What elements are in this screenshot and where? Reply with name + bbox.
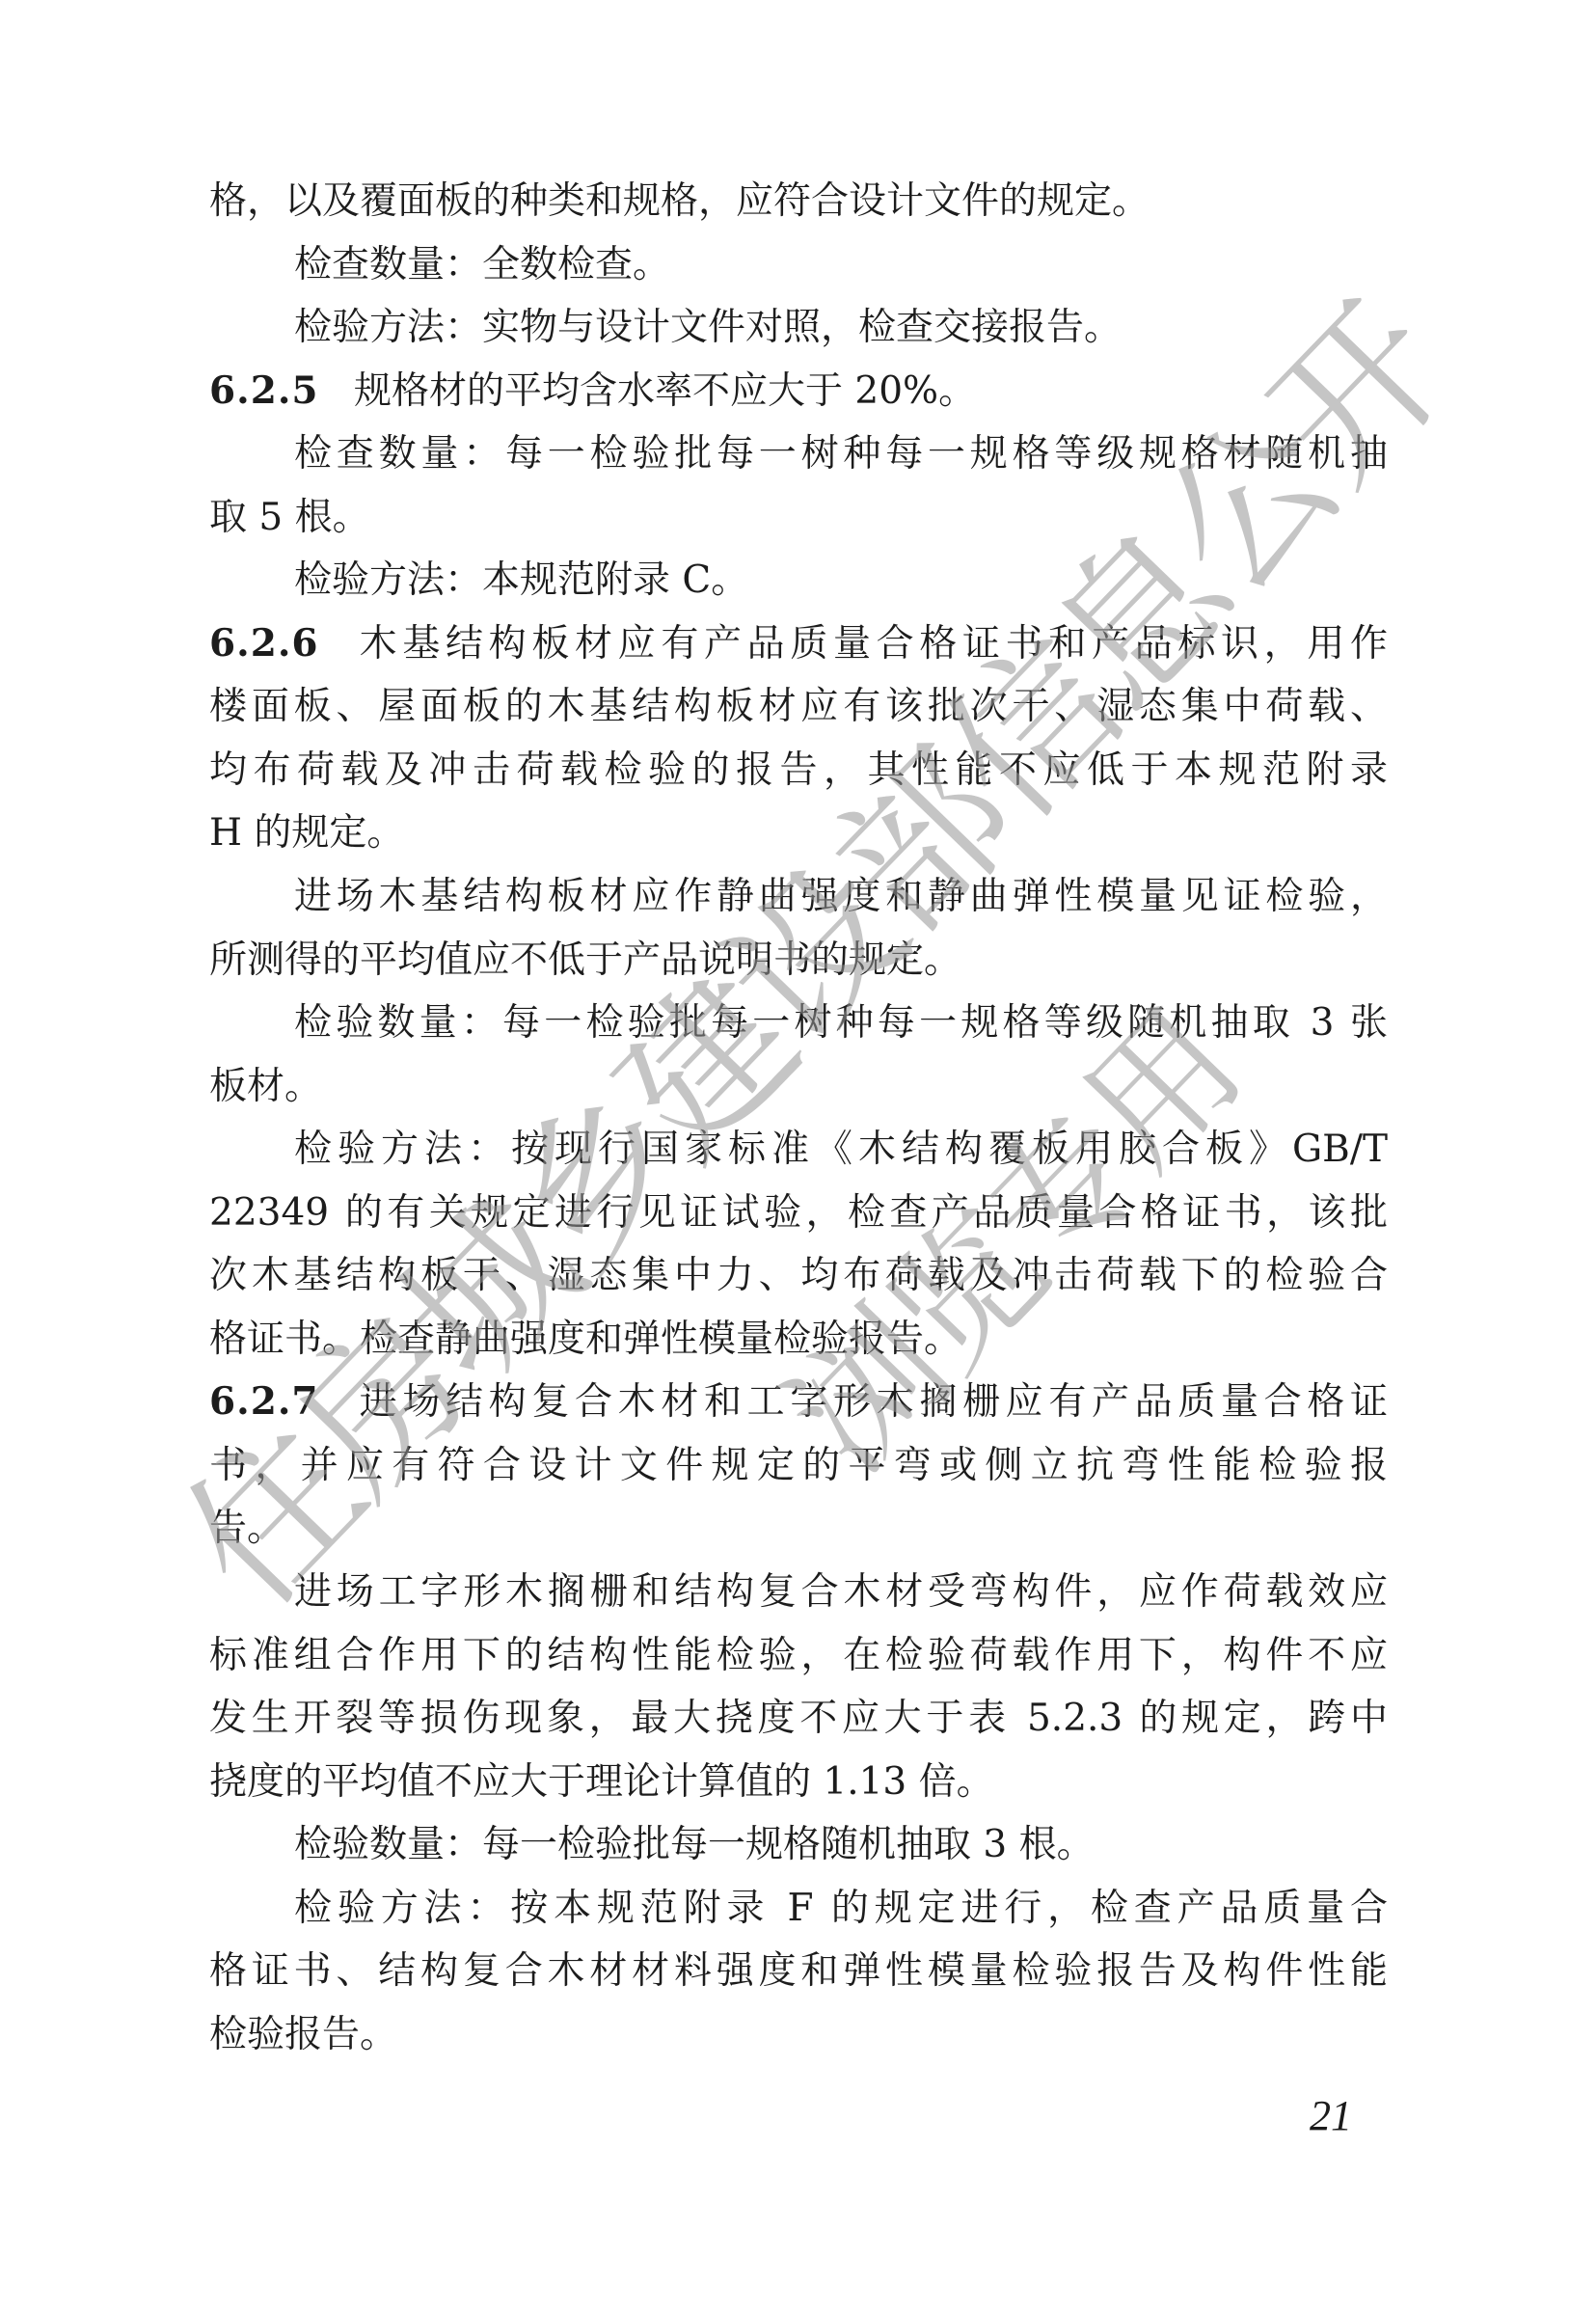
text-line-19: 格证书。检查静曲强度和弹性模量检验报告。 [209,1308,1388,1372]
text-line-17: 22349 的有关规定进行见证试验，检查产品质量合格证书，该批 [209,1182,1388,1245]
text-line-12: 进场木基结构板材应作静曲强度和静曲弹性模量见证检验， [209,865,1388,929]
text-line-13: 所测得的平均值应不低于产品说明书的规定。 [209,929,1388,992]
text-line-7: 检验方法：本规范附录 C。 [209,549,1388,612]
body-text: 格，以及覆面板的种类和规格，应符合设计文件的规定。 检查数量：全数检查。 检验方… [209,170,1388,2066]
text-line-28: 检验方法：按本规范附录 F 的规定进行，检查产品质量合 [209,1877,1388,1941]
clause-6-2-6: 6.2.6木基结构板材应有产品质量合格证书和产品标识，用作 [209,612,1388,676]
text-line-16: 检验方法：按现行国家标准《木结构覆板用胶合板》GB/T [209,1118,1388,1182]
text-line-15: 板材。 [209,1055,1388,1119]
text-line-6: 取 5 根。 [209,486,1388,550]
text-line-5: 检查数量：每一检验批每一树种每一规格等级规格材随机抽 [209,422,1388,486]
text-line-11: H 的规定。 [209,802,1388,865]
text-line-27: 检验数量：每一检验批每一规格随机抽取 3 根。 [209,1813,1388,1877]
text-line-21: 书，并应有符合设计文件规定的平弯或侧立抗弯性能检验报 [209,1434,1388,1498]
clause-number: 6.2.5 [209,360,354,423]
text-line-22: 告。 [209,1497,1388,1561]
text-line-2: 检查数量：全数检查。 [209,233,1388,297]
text-line-18: 次木基结构板干、湿态集中力、均布荷载及冲击荷载下的检验合 [209,1244,1388,1308]
clause-number: 6.2.7 [209,1371,354,1434]
text-line-10: 均布荷载及冲击荷载检验的报告，其性能不应低于本规范附录 [209,739,1388,802]
text-line-1: 格，以及覆面板的种类和规格，应符合设计文件的规定。 [209,170,1388,233]
text-line-9: 楼面板、屋面板的木基结构板材应有该批次干、湿态集中荷载、 [209,675,1388,739]
text-line-23: 进场工字形木搁栅和结构复合木材受弯构件，应作荷载效应 [209,1561,1388,1624]
text-line-14: 检验数量：每一检验批每一树种每一规格等级随机抽取 3 张 [209,992,1388,1055]
clause-6-2-7: 6.2.7进场结构复合木材和工字形木搁栅应有产品质量合格证 [209,1371,1388,1434]
clause-number: 6.2.6 [209,612,354,676]
text-line-29: 格证书、结构复合木材材料强度和弹性模量检验报告及构件性能 [209,1940,1388,2003]
page-number: 21 [1310,2091,1352,2140]
text-line-26: 挠度的平均值不应大于理论计算值的 1.13 倍。 [209,1751,1388,1814]
text-line-30: 检验报告。 [209,2003,1388,2067]
text-line-24: 标准组合作用下的结构性能检验，在检验荷载作用下，构件不应 [209,1624,1388,1688]
text-line-25: 发生开裂等损伤现象，最大挠度不应大于表 5.2.3 的规定，跨中 [209,1687,1388,1751]
text-line-3: 检验方法：实物与设计文件对照，检查交接报告。 [209,296,1388,360]
clause-6-2-5: 6.2.5规格材的平均含水率不应大于 20%。 [209,360,1388,423]
document-page: 格，以及覆面板的种类和规格，应符合设计文件的规定。 检查数量：全数检查。 检验方… [0,0,1596,2311]
